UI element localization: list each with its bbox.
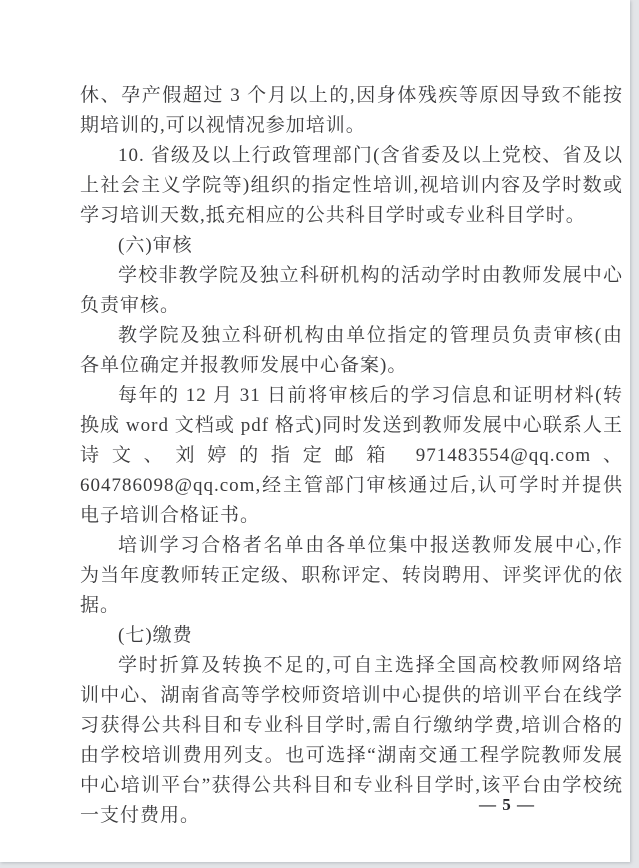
paragraph: 学校非教学院及独立科研机构的活动学时由教师发展中心负责审核。	[80, 261, 623, 321]
document-body-text: 休、孕产假超过 3 个月以上的,因身体残疾等原因导致不能按期培训的,可以视情况参…	[80, 81, 623, 831]
document-page: 休、孕产假超过 3 个月以上的,因身体残疾等原因导致不能按期培训的,可以视情况参…	[0, 0, 630, 862]
paragraph: 教学院及独立科研机构由单位指定的管理员负责审核(由各单位确定并报教师发展中心备案…	[80, 321, 623, 381]
paragraph: 10. 省级及以上行政管理部门(含省委及以上党校、省及以上社会主义学院等)组织的…	[80, 141, 623, 231]
paragraph: (七)缴费	[80, 621, 623, 651]
page-number: — 5 —	[380, 795, 535, 815]
paragraph: 学时折算及转换不足的,可自主选择全国高校教师网络培训中心、湖南省高等学校师资培训…	[80, 651, 623, 831]
scan-canvas: 休、孕产假超过 3 个月以上的,因身体残疾等原因导致不能按期培训的,可以视情况参…	[0, 0, 639, 868]
paragraph: 每年的 12 月 31 日前将审核后的学习信息和证明材料(转换成 word 文档…	[80, 381, 623, 531]
paragraph: 休、孕产假超过 3 个月以上的,因身体残疾等原因导致不能按期培训的,可以视情况参…	[80, 81, 623, 141]
paragraph: 培训学习合格者名单由各单位集中报送教师发展中心,作为当年度教师转正定级、职称评定…	[80, 531, 623, 621]
paragraph: (六)审核	[80, 231, 623, 261]
